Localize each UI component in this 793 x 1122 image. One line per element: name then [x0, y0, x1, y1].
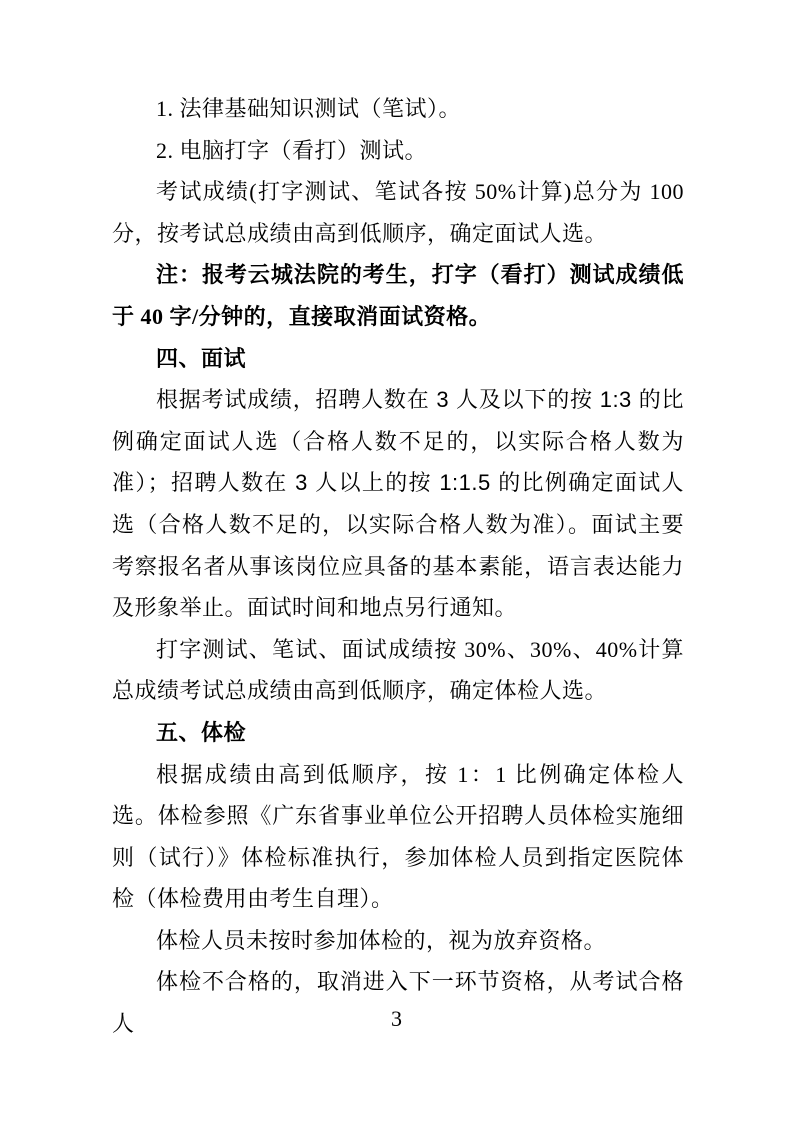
paragraph-fail-rule: 体检不合格的，取消进入下一环节资格，从考试合格人 [112, 961, 684, 1044]
heading-physical-exam: 五、体检 [112, 712, 684, 754]
paragraph-absent-rule: 体检人员未按时参加体检的，视为放弃资格。 [112, 920, 684, 962]
paragraph-interview-ratio: 根据考试成绩，招聘人数在 3 人及以下的按 1:3 的比例确定面试人选（合格人数… [112, 379, 684, 629]
paragraph-note: 注：报考云城法院的考生，打字（看打）测试成绩低于 40 字/分钟的，直接取消面试… [112, 254, 684, 337]
paragraph-exam-score: 考试成绩(打字测试、笔试各按 50%计算)总分为 100 分，按考试总成绩由高到… [112, 171, 684, 254]
page-number: 3 [0, 1006, 793, 1032]
heading-interview: 四、面试 [112, 338, 684, 380]
list-item-typing-test: 2. 电脑打字（看打）测试。 [112, 130, 684, 172]
paragraph-physical-exam: 根据成绩由高到低顺序，按 1：1 比例确定体检人选。体检参照《广东省事业单位公开… [112, 754, 684, 920]
paragraph-total-score: 打字测试、笔试、面试成绩按 30%、30%、40%计算总成绩考试总成绩由高到低顺… [112, 629, 684, 712]
list-item-written-test: 1. 法律基础知识测试（笔试）。 [112, 88, 684, 130]
document-page: 1. 法律基础知识测试（笔试）。 2. 电脑打字（看打）测试。 考试成绩(打字测… [0, 0, 793, 1122]
document-body: 1. 法律基础知识测试（笔试）。 2. 电脑打字（看打）测试。 考试成绩(打字测… [112, 88, 684, 1045]
